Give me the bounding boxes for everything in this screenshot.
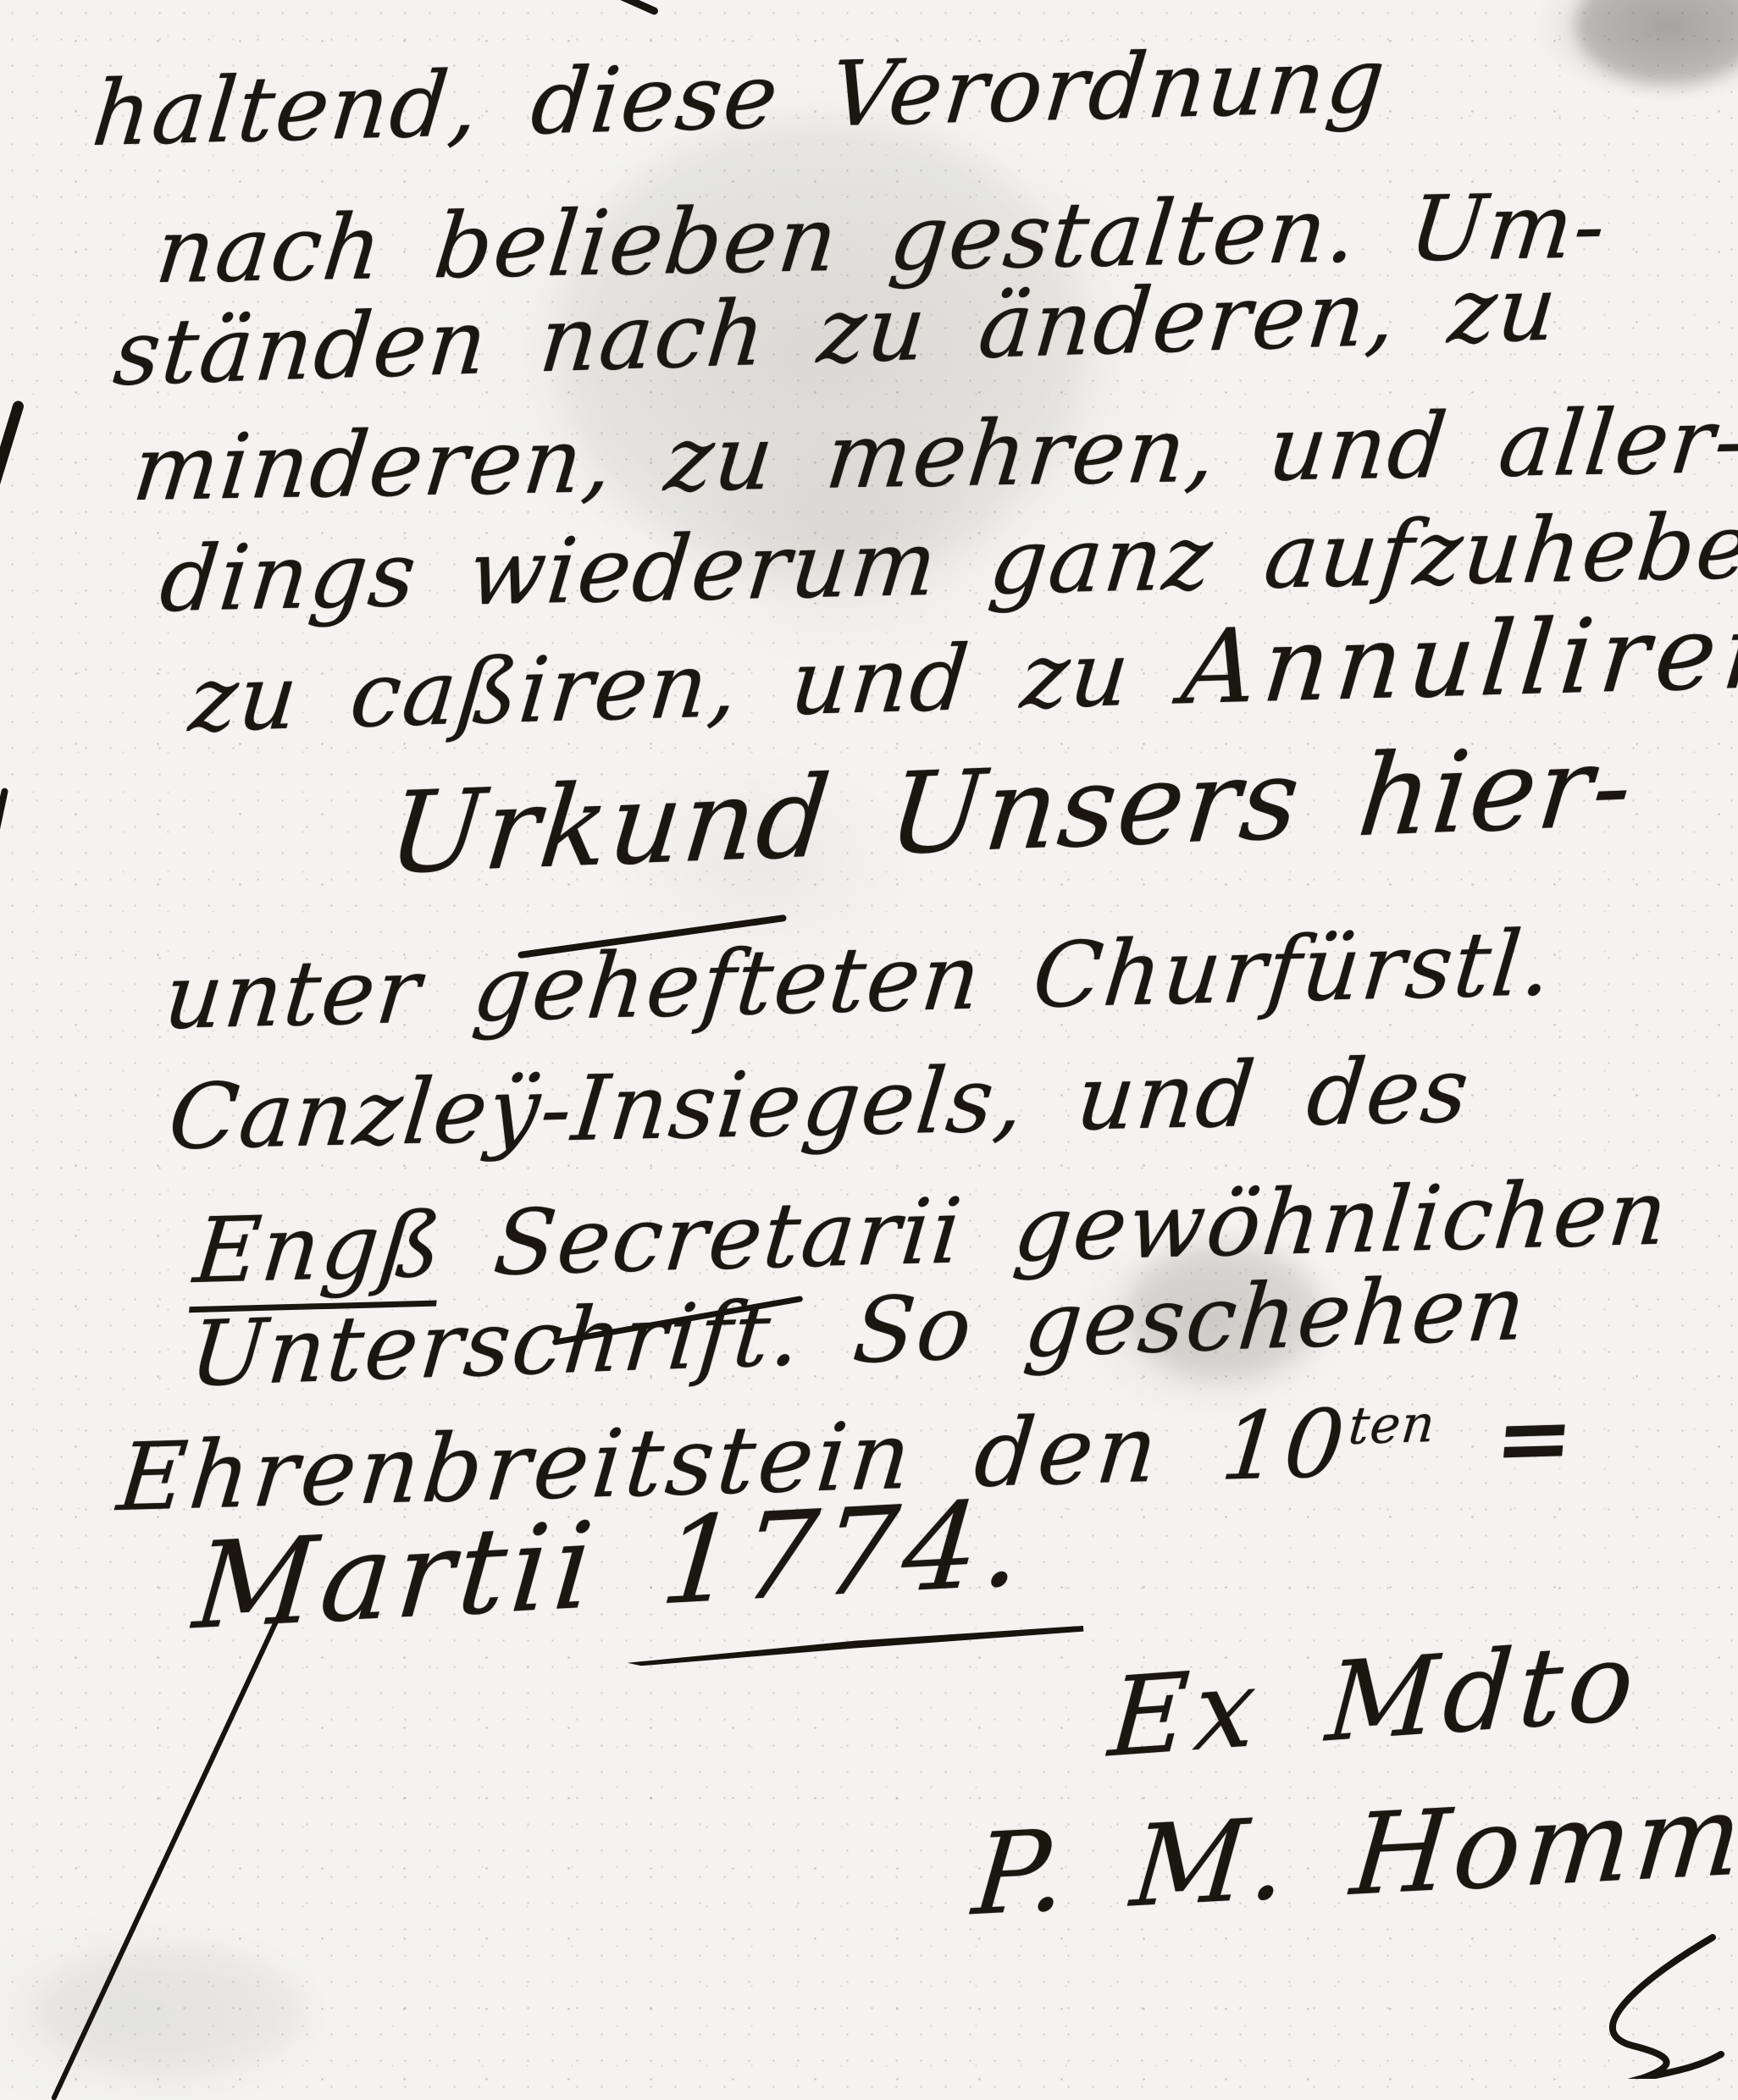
line-text: P. M. Hommer	[968, 1763, 1738, 1942]
line-text: Ex Mdto	[1105, 1618, 1644, 1782]
descender-flourish	[51, 1608, 285, 2100]
annulliren-emphasis: Annulliren	[1177, 592, 1738, 728]
date-day: 10ten	[1217, 1386, 1439, 1500]
manuscript-page: haltend, diese Verordnung nach belieben …	[0, 0, 1738, 2100]
manuscript-line-9: Canzleÿ-Insiegels, und des	[165, 1046, 1475, 1163]
signature-name: P. M. Hommer	[969, 1772, 1738, 1931]
manuscript-line-7: Urkund Unsers hier-	[384, 730, 1638, 890]
day-number: 10	[1217, 1389, 1353, 1501]
ink-smudge	[1575, 0, 1738, 85]
line-filler-mark: =	[1491, 1382, 1579, 1494]
signature-closing: Ex Mdto	[1105, 1627, 1642, 1774]
line-text: Canzleÿ-Insiegels, und des	[164, 1038, 1475, 1169]
underline-flourish	[627, 1626, 1084, 1666]
manuscript-line-1: haltend, diese Verordnung	[89, 36, 1390, 159]
line-text: haltend, diese Verordnung	[88, 28, 1391, 166]
manuscript-line-8: unter gehefteten Churfürstl.	[161, 919, 1558, 1042]
line-text: zu caßiren, und zu	[185, 622, 1136, 752]
signature-flourish	[1516, 1931, 1736, 2079]
manuscript-line-4: minderen, zu mehren, und aller-	[129, 396, 1738, 514]
ink-smudge	[34, 1948, 305, 2075]
edge-ink-fragment	[0, 787, 8, 847]
line-text: Urkund Unsers hier-	[383, 721, 1639, 899]
line-text: unter gehefteten Churfürstl.	[160, 911, 1558, 1049]
edge-ink-fragment	[595, 0, 660, 16]
edge-ink-fragment	[0, 400, 25, 540]
day-ordinal-superscript: ten	[1346, 1395, 1438, 1456]
